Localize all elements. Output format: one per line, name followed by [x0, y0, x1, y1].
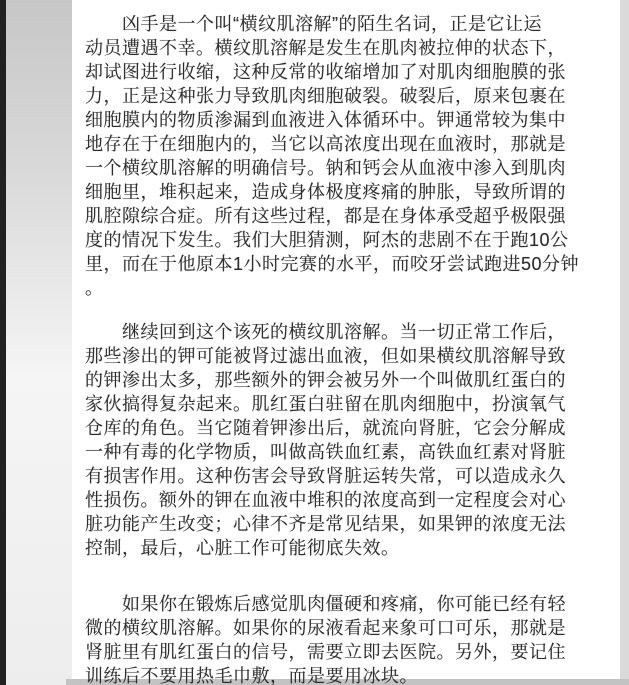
page-right-gray-edge — [620, 0, 629, 685]
page-left-gray-band — [6, 0, 72, 685]
paragraph-symptoms-and-advice: 如果你在锻炼后感觉肌肉僵硬和疼痛，你可能已经有轻 微的横纹肌溶解。如果你的尿液看… — [85, 592, 581, 685]
article-text-block: 凶手是一个叫“横纹肌溶解”的陌生名词，正是它让运 动员遭遇不幸。横纹肌溶解是发生… — [85, 12, 581, 685]
document-page: { "page": { "background": "#ffffff", "te… — [0, 0, 629, 685]
paragraph-rhabdomyolysis-intro: 凶手是一个叫“横纹肌溶解”的陌生名词，正是它让运 动员遭遇不幸。横纹肌溶解是发生… — [85, 12, 581, 300]
paragraph-kidney-and-heart-effects: 继续回到这个该死的横纹肌溶解。当一切正常工作后， 那些渗出的钾可能被肾过滤出血液… — [85, 320, 581, 560]
